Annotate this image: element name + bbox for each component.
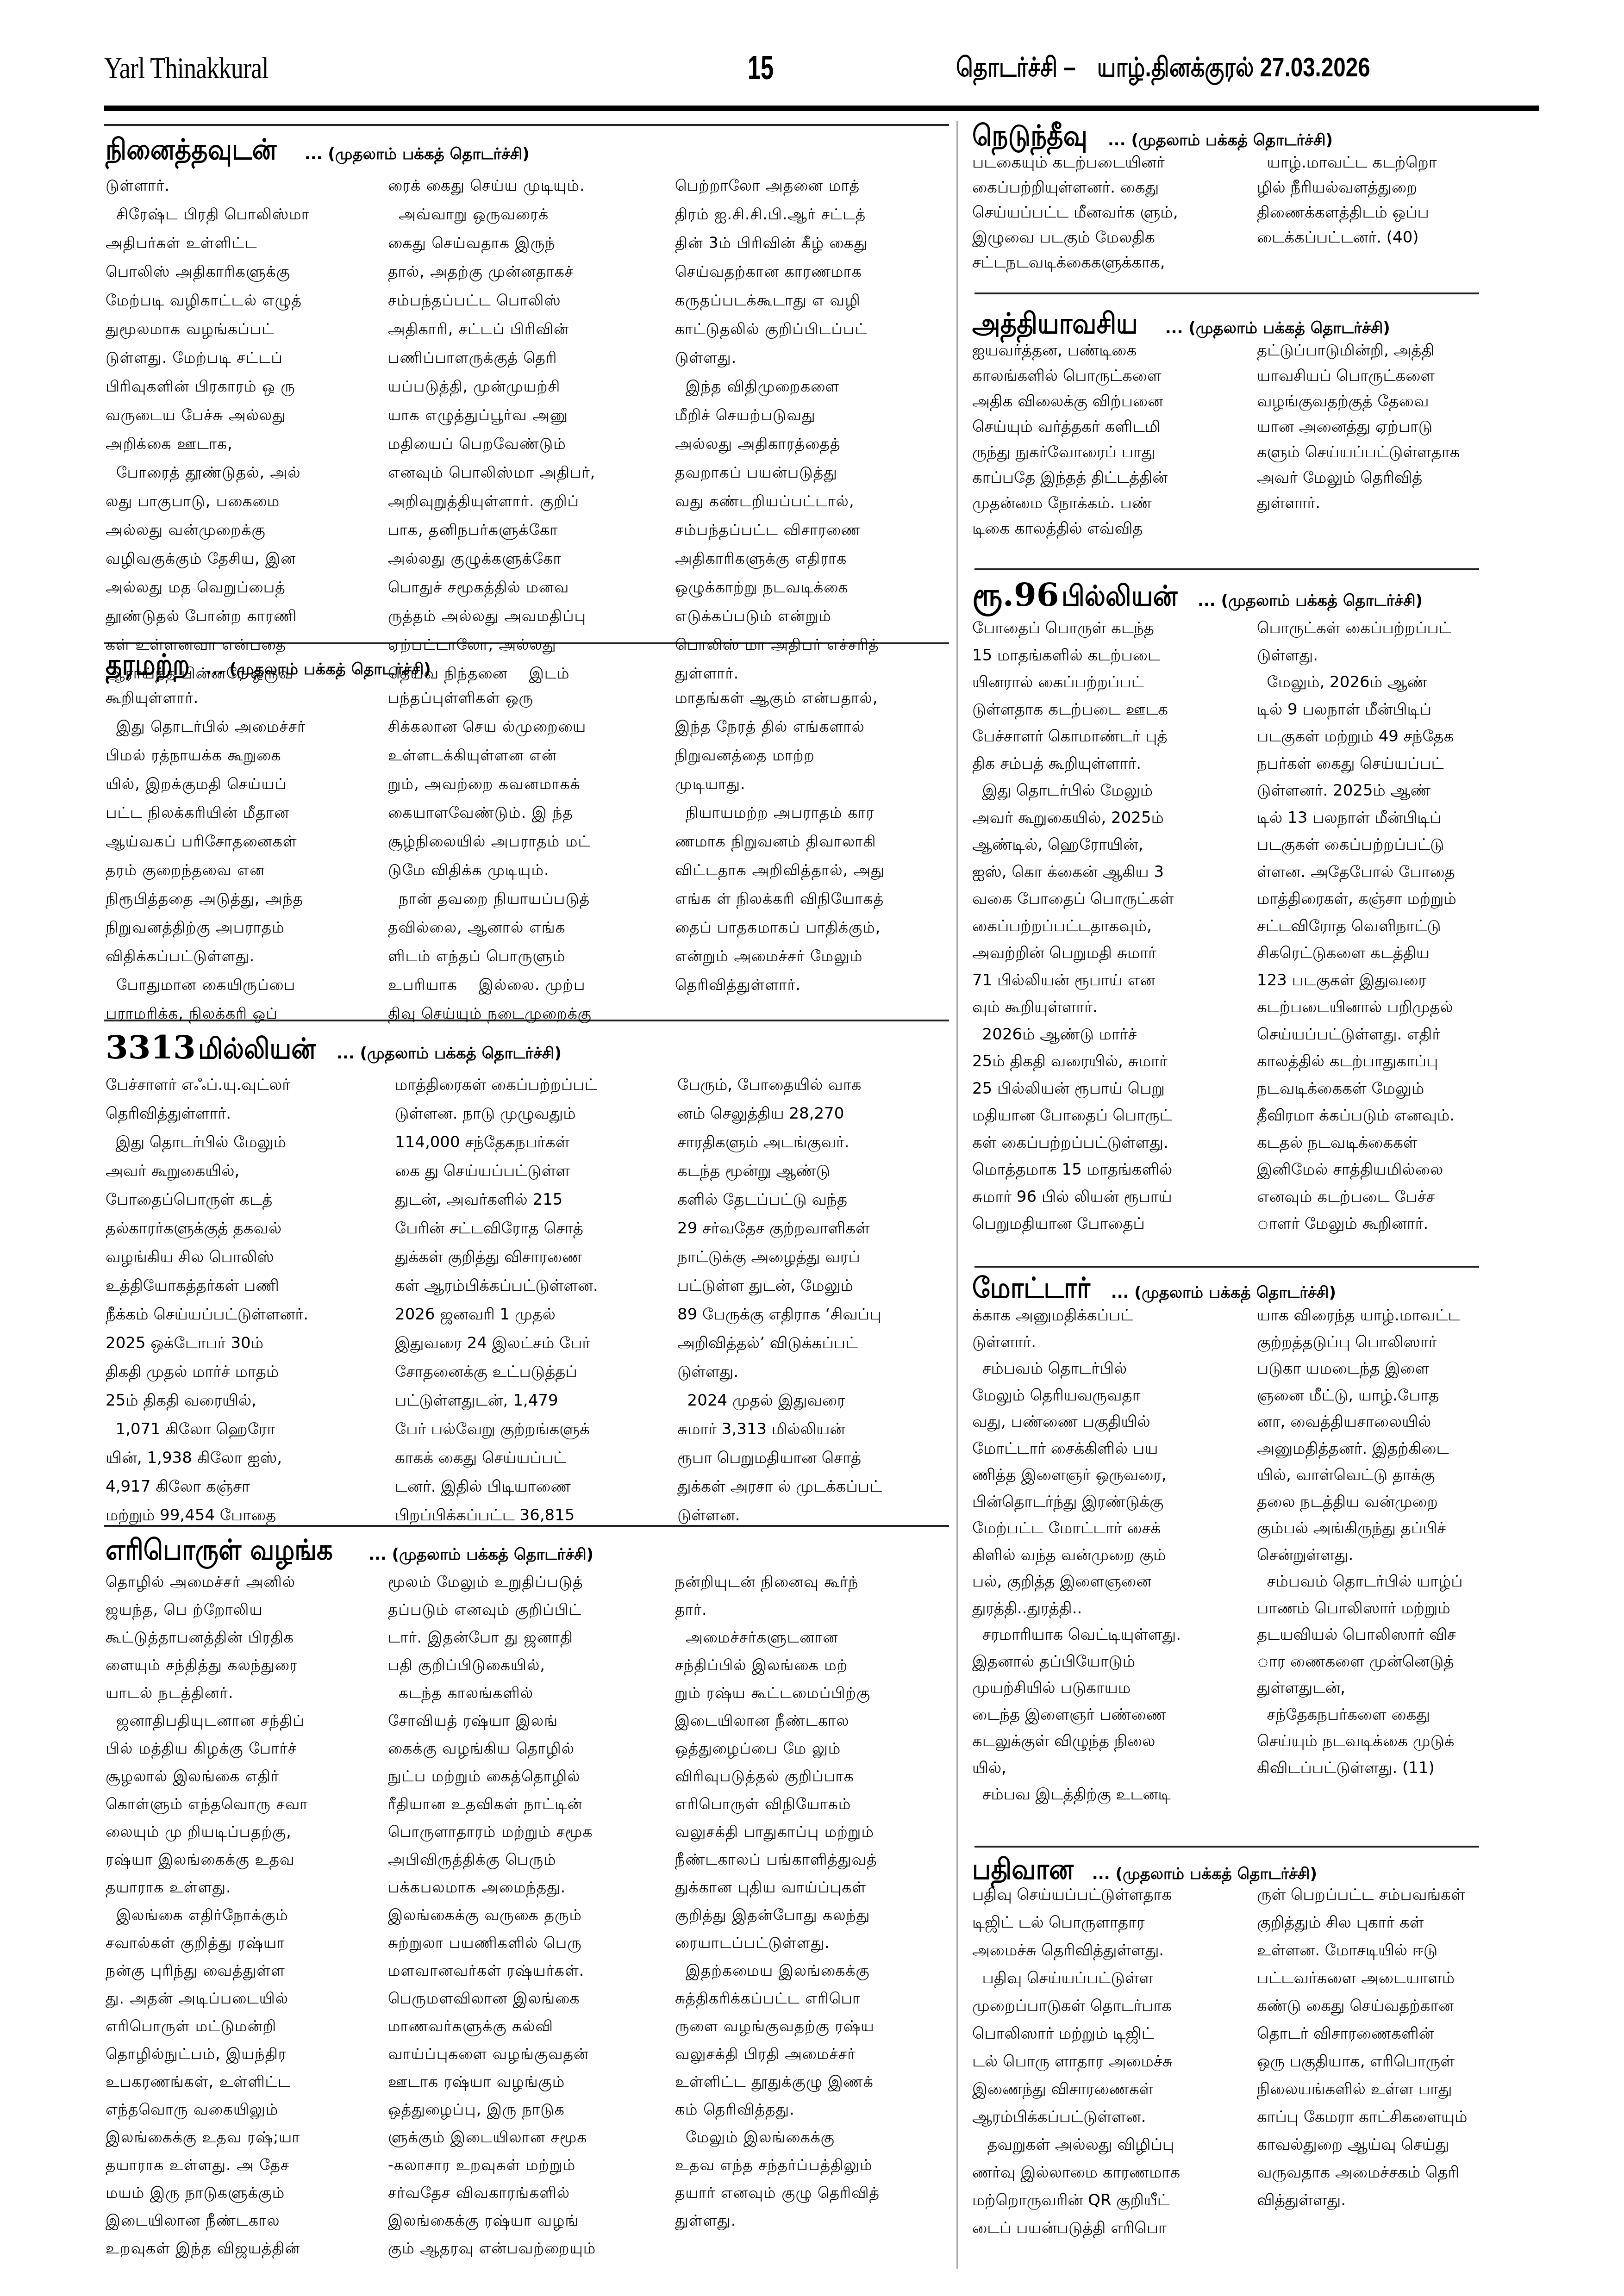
article-headline: மோட்டார்... (முதலாம் பக்கத் தொடர்ச்சி): [972, 1274, 1537, 1306]
text-line: அல்லது மத வெறுப்பைத்: [106, 573, 388, 602]
text-line: காப்பு கேமரா காட்சிகளையும்: [1257, 2103, 1535, 2131]
text-line: யாக எழுத்துப்பூர்வ அனு: [388, 401, 675, 429]
text-line: காவல்துறை ஆய்வு செய்து: [1257, 2131, 1535, 2159]
column: பேரும், போதையில் வாகனம் செலுத்திய 28,270…: [677, 1070, 955, 1530]
text-line: நிரூபித்ததை அடுத்து, அந்த: [106, 884, 388, 913]
text-line: உதவ எந்த சந்தர்ப்பத்திலும்: [675, 2151, 953, 2179]
text-line: பட்ட நிலக்கரியின் மீதான: [106, 798, 388, 827]
text-line: போதுமான கையிருப்பை: [106, 971, 388, 999]
text-line: நீக்கம் செய்யப்பட்டுள்ளனர்.: [106, 1300, 395, 1329]
text-line: ரஷ்யா இலங்கைக்கு உதவ: [106, 1846, 388, 1873]
text-line: மேலும் இலங்கைக்கு: [675, 2123, 953, 2151]
text-line: போதைப்பொருள் கடத்: [106, 1185, 395, 1214]
text-line: கொள்ளும் எந்தவொரு சவா: [106, 1790, 388, 1818]
text-line: அமைச்சர்களுடனான: [675, 1624, 953, 1651]
text-line: குறித்து இதன்போது கலந்து: [675, 1901, 953, 1929]
text-line: டுள்ளது. மேற்படி சட்டப்: [106, 343, 388, 372]
text-line: பணிப்பாளருக்குத் தெரி: [388, 343, 675, 372]
text-line: பேரும், போதையில் வாக: [677, 1070, 955, 1099]
text-line: வாய்ப்புகளை வழங்குவதன்: [388, 2040, 675, 2068]
text-line: தயாராக உள்ளது. அ தேச: [106, 2151, 388, 2179]
text-line: னா, வைத்தியசாலையில்: [1257, 1409, 1535, 1436]
text-line: தொழில் அமைச்சர் அனில்: [106, 1568, 388, 1596]
text-line: பட்டுள்ள துடன், மேலும்: [677, 1271, 955, 1300]
text-line: பதிவு செய்யப்பட்டுள்ள: [972, 1964, 1257, 1992]
text-line: மோட்டார் சைக்கிளில் பய: [972, 1436, 1257, 1462]
column: யாக விரைந்த யாழ்.மாவட்டகுற்றத்தடுப்பு பொ…: [1257, 1302, 1535, 1808]
column: க்காக அனுமதிக்கப்பட்டுள்ளார். சம்பவம் தொ…: [972, 1302, 1257, 1808]
text-line: டுள்ளன. நாடு முழுவதும்: [395, 1099, 677, 1128]
text-line: பதி குறிப்பிடுகையில்,: [388, 1651, 675, 1679]
text-line: பட்டுள்ளதுடன், 1,479: [395, 1386, 677, 1415]
text-line: 114,000 சந்தேகநபர்கள்: [395, 1128, 677, 1157]
text-line: சுற்றுலா பயணிகளில் பெரு: [388, 1929, 675, 1957]
text-line: ஜனாதிபதியுடனான சந்திப்: [106, 1707, 388, 1735]
text-line: தூண்டுதல் போன்ற காரணி: [106, 602, 388, 630]
article-headline: அத்தியாவசிய... (முதலாம் பக்கத் தொடர்ச்சி…: [972, 309, 1537, 342]
text-line: விரிவுபடுத்தல் குறிப்பாக: [675, 1762, 953, 1790]
text-line: ள்ளன. அதேபோல் போதை: [1257, 859, 1535, 886]
text-line: தெரிவித்துள்ளார்.: [675, 971, 953, 999]
text-line: யில், இறக்குமதி செய்யப்: [106, 770, 388, 798]
text-line: ஒரு பகுதியாக, எரிபொருள்: [1257, 2047, 1535, 2075]
text-line: இணைந்து விசாரணைகள்: [972, 2075, 1257, 2103]
article-ninaithavudan: நினைத்தவுடன்... (முதலாம் பக்கத் தொடர்ச்ச…: [106, 135, 948, 168]
text-line: டல் பொரு ளாதார அமைச்சு: [972, 2047, 1257, 2075]
text-line: தால், அதற்கு முன்னதாகச்: [388, 257, 675, 286]
text-line: வழிவகுக்கும் தேசிய, இன: [106, 544, 388, 573]
text-line: காலத்தில் கடற்பாதுகாப்பு: [1257, 1048, 1535, 1075]
column: பந்தப்புள்ளிகள் ஒருசிக்கலான செய ல்முறையை…: [388, 684, 675, 1028]
text-line: 2025 ஒக்டோபர் 30ம்: [106, 1329, 395, 1357]
text-line: தலை நடத்திய வன்முறை: [1257, 1489, 1535, 1516]
text-line: மேற்பட்ட மோட்டார் சைக்: [972, 1515, 1257, 1542]
column: யாழ்.மாவட்ட கடற்றொழில் நீரியல்வளத்துறைதி…: [1257, 150, 1535, 275]
text-line: டைப் பயன்படுத்தி எரிபொ: [972, 2214, 1257, 2242]
continuation-label: ... (முதலாம் பக்கத் தொடர்ச்சி): [1165, 320, 1390, 336]
text-line: லையும் மு றியடிப்பதற்கு,: [106, 1818, 388, 1846]
text-line: பேச்சாளர் எஃப்.யு.வுட்லர்: [106, 1070, 395, 1099]
text-line: கம் தெரிவித்தது.: [675, 2096, 953, 2123]
text-line: பராமரிக்க, நிலக்கரி ஒப்: [106, 999, 388, 1028]
text-line: துக்கான புதிய வாய்ப்புகள்: [675, 1873, 953, 1901]
text-line: ளிடம் எந்தப் பொருளும்: [388, 942, 675, 971]
text-line: ழில் நீரியல்வளத்துறை: [1257, 175, 1535, 200]
text-line: குறித்தும் சில புகார் கள்: [1257, 1909, 1535, 1936]
divider: [104, 124, 949, 126]
text-line: மதியைப் பெறவேண்டும்: [388, 429, 675, 458]
text-line: சம்பவ இடத்திற்கு உடனடி: [972, 1781, 1257, 1808]
headline-text: பில்லியன்: [1062, 582, 1177, 610]
text-line: உள்ளன. மோசடியில் ஈடு: [1257, 1936, 1535, 1964]
text-line: காகக் கைது செய்யப்பட்: [395, 1444, 677, 1472]
text-line: 25ம் திகதி வரையில்,: [106, 1386, 395, 1415]
text-line: நன்றியுடன் நினைவு கூர்ந்: [675, 1568, 953, 1596]
text-line: பெருமளவிலான இலங்கை: [388, 1985, 675, 2012]
column: தட்டுப்பாடுமின்றி, அத்தியாவசியப் பொருட்க…: [1257, 338, 1535, 541]
text-line: டுள்ளது.: [675, 343, 953, 372]
text-line: எடுக்கப்படும் என்றும்: [675, 602, 953, 630]
article-headline: நெடுந்தீவு... (முதலாம் பக்கத் தொடர்ச்சி): [972, 121, 1537, 154]
text-line: செய்யப்பட்ட மீனவர்க ளும்,: [972, 200, 1257, 225]
text-line: மேலும் தெரியவருவதா: [972, 1382, 1257, 1409]
article-columns: ஐயவர்த்தன, பண்டிகைகாலங்களில் பொருட்களைஅத…: [972, 338, 1535, 541]
text-line: இடையிலான நீண்டகால: [675, 1707, 953, 1735]
text-line: பொதுச் சமூகத்தில் மனவ: [388, 573, 675, 602]
text-line: கடற்படையினால் பறிமுதல்: [1257, 994, 1535, 1021]
article-columns: க்காக அனுமதிக்கப்பட்டுள்ளார். சம்பவம் தொ…: [972, 1302, 1535, 1808]
text-line: பிறப்பிக்கப்பட்ட 36,815: [395, 1501, 677, 1530]
text-line: மேலும், 2026ம் ஆண்: [1257, 669, 1535, 696]
text-line: மதியான போதைப் பொருட்: [972, 1102, 1257, 1129]
text-line: வும் கூறியுள்ளார்.: [972, 994, 1257, 1021]
text-line: னம் செலுத்திய 28,270: [677, 1099, 955, 1128]
text-line: டார். இதன்போ து ஜனாதி: [388, 1624, 675, 1651]
text-line: மாத்திரைகள் கைப்பற்றப்பட்: [395, 1070, 677, 1099]
text-line: கைக்கு வழங்கிய தொழில்: [388, 1735, 675, 1762]
text-line: பாக, தனிநபர்களுக்கோ: [388, 516, 675, 544]
column: படகையும் கடற்படையினர்கைப்பற்றியுள்ளனர். …: [972, 150, 1257, 275]
text-line: ளுக்கும் இடையிலான சமூக: [388, 2123, 675, 2151]
text-line: றும், அவற்றை கவனமாகக்: [388, 770, 675, 798]
text-line: ார ணைகளை முன்னெடுத்: [1257, 1649, 1535, 1675]
text-line: அவற்றின் பெறுமதி சுமார்: [972, 940, 1257, 967]
text-line: இது தொடர்பில் மேலும்: [972, 777, 1257, 804]
article-pathivana: பதிவான... (முதலாம் பக்கத் தொடர்ச்சி) பதி…: [972, 1855, 1537, 1887]
text-line: பொருட்கள் கைப்பற்றப்பட்: [1257, 615, 1535, 642]
column: பெற்றாலோ அதனை மாத்திரம் ஐ.சி.சி.பி.ஆர் ச…: [675, 171, 953, 688]
text-line: இலங்கைக்கு ரஷ்யா வழங்: [388, 2207, 675, 2234]
text-line: பேர் பல்வேறு குற்றங்களுக்: [395, 1415, 677, 1444]
continuation-label: ... (முதலாம் பக்கத் தொடர்ச்சி): [206, 661, 431, 677]
text-line: க்காக அனுமதிக்கப்பட்: [972, 1302, 1257, 1329]
continuation-label: ... (முதலாம் பக்கத் தொடர்ச்சி): [337, 1045, 562, 1061]
text-line: நிலையங்களில் உள்ள பாது: [1257, 2075, 1535, 2103]
text-line: ஞனை மீட்டு, யாழ்.போத: [1257, 1382, 1535, 1409]
text-line: துள்ளார்.: [1257, 491, 1535, 516]
text-line: கள் ஆரம்பிக்கப்பட்டுள்ளன.: [395, 1271, 677, 1300]
text-line: அறிவுறுத்தியுள்ளார். குறிப்: [388, 487, 675, 516]
text-line: துமூலமாக வழங்கப்பட்: [106, 315, 388, 343]
text-line: துக்கள் குறித்து விசாரணை: [395, 1243, 677, 1271]
text-line: செய்யும் நடவடிக்கை முடுக்: [1257, 1728, 1535, 1755]
text-line: ருள் பெறப்பட்ட சம்பவங்கள்: [1257, 1881, 1535, 1909]
text-line: படகுகள் கைப்பற்றப்பட்டு: [1257, 831, 1535, 859]
text-line: ஒத்துழைப்பை மே லும்: [675, 1735, 953, 1762]
text-line: துள்ளது.: [675, 2207, 953, 2234]
text-line: துரத்தி..துரத்தி..: [972, 1595, 1257, 1622]
text-line: கருதப்படக்கூடாது எ வழி: [675, 286, 953, 315]
text-line: உத்தியோகத்தர்கள் பணி: [106, 1271, 395, 1300]
column: ஐயவர்த்தன, பண்டிகைகாலங்களில் பொருட்களைஅத…: [972, 338, 1257, 541]
text-line: வது கண்டறியப்பட்டால்,: [675, 487, 953, 516]
divider: [974, 1266, 1479, 1268]
text-line: சம்பந்தப்பட்ட விசாரணை: [675, 516, 953, 544]
text-line: மொத்தமாக 15 மாதங்களில்: [972, 1156, 1257, 1183]
text-line: கள் கைப்பற்றப்பட்டுள்ளது.: [972, 1129, 1257, 1157]
text-line: டில் 9 பலநாள் மீன்பிடிப்: [1257, 696, 1535, 723]
text-line: தின் 3ம் பிரிவின் கீழ் கைது: [675, 229, 953, 257]
text-line: ருத்தம் அல்லது அவமதிப்பு: [388, 602, 675, 630]
text-line: யின், 1,938 கிலோ ஐஸ்,: [106, 1444, 395, 1472]
text-line: இது தொடர்பில் அமைச்சர்: [106, 712, 388, 741]
text-line: அவர் கூறுகையில்,: [106, 1157, 395, 1185]
text-line: ருந்து நுகர்வோரைப் பாது: [972, 440, 1257, 465]
headline-text: அத்தியாவசிய: [972, 309, 1138, 338]
text-line: 2026ம் ஆண்டு மார்ச்: [972, 1021, 1257, 1048]
text-line: நாட்டுக்கு அழைத்து வரப்: [677, 1243, 955, 1271]
continuation-label: ... (முதலாம் பக்கத் தொடர்ச்சி): [305, 146, 530, 162]
text-line: டுள்ளார்.: [972, 1329, 1257, 1356]
continuation-label: ... (முதலாம் பக்கத் தொடர்ச்சி): [1108, 132, 1333, 148]
headline-text: நினைத்தவுடன்: [106, 135, 276, 164]
text-line: இலங்கைக்கு உதவ ரஷ்;யா: [106, 2123, 388, 2151]
text-line: விட்டதாக அறிவித்தால், அது: [675, 856, 953, 884]
text-line: பொலிஸ் அதிகாரிகளுக்கு: [106, 257, 388, 286]
text-line: ஆண்டில், ஹெரோயின்,: [972, 831, 1257, 859]
text-line: தரம் குறைந்தவை என: [106, 856, 388, 884]
text-line: சாரதிகளும் அடங்குவர்.: [677, 1128, 955, 1157]
column: மாத்திரைகள் கைப்பற்றப்பட்டுள்ளன. நாடு மு…: [395, 1070, 677, 1530]
text-line: அதிக விலைக்கு விற்பனை: [972, 389, 1257, 414]
text-line: பெறுமதியான போதைப்: [972, 1210, 1257, 1238]
text-line: போரைத் தூண்டுதல், அல்: [106, 458, 388, 487]
column: நன்றியுடன் நினைவு கூர்ந்தார். அமைச்சர்கள…: [675, 1568, 953, 2262]
text-line: செய்யும் வர்த்தகர் களிடமி: [972, 414, 1257, 440]
text-line: இது தொடர்பில் மேலும்: [106, 1128, 395, 1157]
text-line: திரம் ஐ.சி.சி.பி.ஆர் சட்டத்: [675, 200, 953, 229]
text-line: து. அதன் அடிப்படையில்: [106, 1985, 388, 2012]
text-line: நன்கு புரிந்து வைத்துள்ள: [106, 1957, 388, 1985]
text-line: யினரால் கைப்பற்றப்பட்: [972, 669, 1257, 696]
text-line: இந்த விதிமுறைகளை: [675, 372, 953, 401]
text-line: தார்.: [675, 1596, 953, 1624]
text-line: ணர்வு இல்லாமை காரணமாக: [972, 2159, 1257, 2186]
text-line: தெரிவித்துள்ளார்.: [106, 1099, 395, 1128]
text-line: தயார் எனவும் குழு தெரிவித்: [675, 2179, 953, 2207]
text-line: தயாராக உள்ளது.: [106, 1873, 388, 1901]
text-line: மளவானவர்கள் ரஷ்யர்கள்.: [388, 1957, 675, 1985]
text-line: அதிகாரி, சட்டப் பிரிவின்: [388, 315, 675, 343]
text-line: வருவதாக அமைச்சகம் தெரி: [1257, 2159, 1535, 2186]
text-line: 123 படகுகள் இதுவரை: [1257, 967, 1535, 994]
text-line: டிஜிட் டல் பொருளாதார: [972, 1909, 1257, 1936]
text-line: சிரேஷ்ட பிரதி பொலிஸ்மா: [106, 200, 388, 229]
column: பேச்சாளர் எஃப்.யு.வுட்லர்தெரிவித்துள்ளார…: [106, 1070, 395, 1530]
text-line: அல்லது வன்முறைக்கு: [106, 516, 388, 544]
text-line: ணித்த இளைஞர் ஒருவரை,: [972, 1462, 1257, 1489]
text-line: மாதங்கள் ஆகும் என்பதால்,: [675, 684, 953, 712]
article-headline: 3313 மில்லியன்... (முதலாம் பக்கத் தொடர்ச…: [106, 1031, 948, 1064]
text-line: தட்டுப்பாடுமின்றி, அத்தி: [1257, 338, 1535, 363]
text-line: ஐயவர்த்தன, பண்டிகை: [972, 338, 1257, 363]
text-line: சென்றுள்ளது.: [1257, 1542, 1535, 1569]
text-line: காட்டுதலில் குறிப்பிடப்பட்: [675, 315, 953, 343]
text-line: சுமார் 96 பில் லியன் ரூபாய்: [972, 1183, 1257, 1211]
text-line: துடன், அவர்களில் 215: [395, 1185, 677, 1214]
text-line: தப்படும் எனவும் குறிப்பிட்: [388, 1596, 675, 1624]
text-line: இலங்கை எதிர்நோக்கும்: [106, 1901, 388, 1929]
article-columns: போதைப் பொருள் கடந்த15 மாதங்களில் கடற்படை…: [972, 615, 1535, 1238]
article-columns: படகையும் கடற்படையினர்கைப்பற்றியுள்ளனர். …: [972, 150, 1535, 275]
text-line: டுள்ளன.: [677, 1501, 955, 1530]
text-line: களில் தேடப்பட்டு வந்த: [677, 1185, 955, 1214]
text-line: சுமார் 3,313 மில்லியன்: [677, 1415, 955, 1444]
text-line: முடியாது.: [675, 770, 953, 798]
text-line: சோதனைக்கு உட்படுத்தப்: [395, 1357, 677, 1386]
text-line: யாவசியப் பொருட்களை: [1257, 363, 1535, 389]
text-line: திவு செய்யும் நடைமுறைக்கு: [388, 999, 675, 1028]
text-line: நிறுவனத்தை மாற்ற: [675, 741, 953, 770]
text-line: டுள்ளார்.: [106, 171, 388, 200]
continuation-label: ... (முதலாம் பக்கத் தொடர்ச்சி): [1198, 593, 1423, 609]
column: ருள் பெறப்பட்ட சம்பவங்கள்குறித்தும் சில …: [1257, 1881, 1535, 2242]
article-athiyavasiya: அத்தியாவசிய... (முதலாம் பக்கத் தொடர்ச்சி…: [972, 309, 1537, 342]
paper-tamil-and-date: யாழ்.தினக்குரல் 27.03.2026: [1097, 52, 1370, 82]
text-line: கடந்த மூன்று ஆண்டு: [677, 1157, 955, 1185]
article-3313-million: 3313 மில்லியன்... (முதலாம் பக்கத் தொடர்ச…: [106, 1031, 948, 1064]
text-line: உறவுகள் இந்த விஜயத்தின்: [106, 2234, 388, 2262]
headline-number: 3313: [106, 1028, 196, 1066]
text-line: மேற்படி வழிகாட்டல் எழுத்: [106, 286, 388, 315]
text-line: எரிபொருள் விநியோகம்: [675, 1790, 953, 1818]
text-line: ஊடாக ரஷ்யா வழங்கும்: [388, 2068, 675, 2096]
article-columns: டுள்ளார். சிரேஷ்ட பிரதி பொலிஸ்மாஅதிபர்கள…: [106, 171, 953, 688]
text-line: திகதி முதல் மார்ச் மாதம்: [106, 1357, 395, 1386]
text-line: சந்தேகநபர்களை கைது: [1257, 1702, 1535, 1729]
text-line: உபரியாக இல்லை. முற்ப: [388, 971, 675, 999]
article-ru96-billion: ரூ.96 பில்லியன்... (முதலாம் பக்கத் தொடர்…: [972, 579, 1537, 611]
text-line: திக சம்பத் கூறியுள்ளார்.: [972, 750, 1257, 778]
text-line: சம்பவம் தொடர்பில்: [972, 1356, 1257, 1382]
text-line: தடயவியல் பொலிஸார் விச: [1257, 1622, 1535, 1649]
text-line: அமைச்சு தெரிவித்துள்ளது.: [972, 1936, 1257, 1964]
text-line: லது பாகுபாடு, பகைமை: [106, 487, 388, 516]
text-line: காப்பதே இந்தத் திட்டத்தின்: [972, 465, 1257, 491]
headline-text: நெடுந்தீவு: [972, 121, 1087, 150]
masthead: Yarl Thinakkural 15 தொடர்ச்சி –யாழ்.தினக…: [104, 51, 1539, 93]
text-line: டுள்ளனர். 2025ம் ஆண்: [1257, 777, 1535, 804]
text-line: ஆய்வகப் பரிசோதனைகள்: [106, 827, 388, 856]
text-line: படுகா யமடைந்த இளை: [1257, 1356, 1535, 1382]
text-line: நிறுவனத்திற்கு அபராதம்: [106, 913, 388, 942]
text-line: டிகை காலத்தில் எவ்வித: [972, 516, 1257, 541]
text-line: 25ம் திகதி வரையில், சுமார்: [972, 1048, 1257, 1075]
text-line: கைது செய்வதாக இருந்: [388, 229, 675, 257]
text-line: சர்வதேச விவகாரங்களில்: [388, 2179, 675, 2207]
text-line: கடதல் நடவடிக்கைகள்: [1257, 1129, 1535, 1157]
text-line: தல்காரர்களுக்குத் தகவல்: [106, 1214, 395, 1243]
text-line: பக்கபலமாக அமைந்தது.: [388, 1873, 675, 1901]
text-line: சோவியத் ரஷ்யா இலங்: [388, 1707, 675, 1735]
text-line: இடையிலான நீண்டகால: [106, 2207, 388, 2234]
headline-text: எரிபொருள் வழங்க: [106, 1536, 333, 1564]
text-line: வருடைய பேச்சு அல்லது: [106, 401, 388, 429]
text-line: டில் 13 பலநாள் மீன்பிடிப்: [1257, 804, 1535, 832]
text-line: துள்ளதுடன்,: [1257, 1675, 1535, 1702]
text-line: பின்தொடர்ந்து இரண்டுக்கு: [972, 1489, 1257, 1516]
text-line: துக்கள் அரசா ல் முடக்கப்பட்: [677, 1472, 955, 1501]
text-line: பொருளாதாரம் மற்றும் சமூக: [388, 1818, 675, 1846]
text-line: தைப் பாதகமாகப் பாதிக்கும்,: [675, 913, 953, 942]
article-columns: பதிவு செய்யப்பட்டுள்ளதாகடிஜிட் டல் பொருள…: [972, 1881, 1535, 2242]
text-line: பதிவு செய்யப்பட்டுள்ளதாக: [972, 1881, 1257, 1909]
text-line: திணைக்களத்திடம் ஒப்ப: [1257, 200, 1535, 225]
zone-divider: [956, 121, 958, 2269]
text-line: யான அனைத்து ஏற்பாடு: [1257, 414, 1535, 440]
text-line: மற்றும் 99,454 போதை: [106, 1501, 395, 1530]
text-line: கிளில் வந்த வன்முறை கும்: [972, 1542, 1257, 1569]
text-line: அதிபர்கள் உள்ளிட்ட: [106, 229, 388, 257]
continuation-label: ... (முதலாம் பக்கத் தொடர்ச்சி): [1111, 1285, 1336, 1300]
masthead-rule: [104, 106, 1539, 111]
text-line: களும் செய்யப்பட்டுள்ளதாக: [1257, 440, 1535, 465]
text-line: 89 பேருக்கு எதிராக ‘சிவப்பு: [677, 1300, 955, 1329]
text-line: சட்டவிரோத வெளிநாட்டு: [1257, 913, 1535, 940]
text-line: கிவிடப்பட்டுள்ளது. (11): [1257, 1755, 1535, 1782]
text-line: படகையும் கடற்படையினர்: [972, 150, 1257, 175]
text-line: றும் ரஷ்ய கூட்டமைப்பிற்கு: [675, 1679, 953, 1707]
text-line: வழங்கிய சில பொலிஸ்: [106, 1243, 395, 1271]
text-line: சவால்கள் குறித்து ரஷ்யா: [106, 1929, 388, 1957]
text-line: யாக விரைந்த யாழ்.மாவட்ட: [1257, 1302, 1535, 1329]
text-line: 1,071 கிலோ ஹெரோ: [106, 1415, 395, 1444]
text-line: நுட்ப மற்றும் கைத்தொழில்: [388, 1762, 675, 1790]
text-line: ரூபா பெறுமதியான சொத்: [677, 1444, 955, 1472]
text-line: டுமே விதிக்க முடியும்.: [388, 856, 675, 884]
divider: [974, 1846, 1479, 1848]
continuation-label: ... (முதலாம் பக்கத் தொடர்ச்சி): [1092, 1866, 1317, 1882]
text-line: 25 பில்லியன் ரூபாய் பெறு: [972, 1075, 1257, 1102]
text-line: படகுகள் மற்றும் 49 சந்தேக: [1257, 723, 1535, 750]
text-line: பிரிவுகளின் பிரகாரம் ஒ ரு: [106, 372, 388, 401]
text-line: கை து செய்யப்பட்டுள்ள: [395, 1157, 677, 1185]
text-line: பல், குறித்த இளைஞனை: [972, 1568, 1257, 1595]
text-line: ஒழுக்காற்று நடவடிக்கை: [675, 573, 953, 602]
text-line: உள்ளடக்கியுள்ளன என்: [388, 741, 675, 770]
text-line: சிக்கலான செய ல்முறையை: [388, 712, 675, 741]
text-line: கூட்டுத்தாபனத்தின் பிரதிக: [106, 1624, 388, 1651]
text-line: அனுமதித்தனர். இதற்கிடை: [1257, 1436, 1535, 1462]
text-line: முதன்மை நோக்கம். பண்: [972, 491, 1257, 516]
text-line: முறைப்பாடுகள் தொடர்பாக: [972, 1992, 1257, 2020]
article-columns: தொழில் அமைச்சர் அனில்ஜயந்த, பெ ற்றோலியகூ…: [106, 1568, 953, 2262]
text-line: தொடர் விசாரணைகளின்: [1257, 2020, 1535, 2047]
text-line: எரிபொருள் மட்டுமன்றி: [106, 2012, 388, 2040]
text-line: போதைப் பொருள் கடந்த: [972, 615, 1257, 642]
text-line: யாழ்.மாவட்ட கடற்றொ: [1257, 150, 1535, 175]
text-line: அவர் கூறுகையில், 2025ம்: [972, 804, 1257, 832]
text-line: அல்லது அதிகாரத்தைத்: [675, 429, 953, 458]
text-line: கைப்பற்றப்பட்டதாகவும்,: [972, 913, 1257, 940]
text-line: ரைக் கைது செய்ய முடியும்.: [388, 171, 675, 200]
text-line: கடலுக்குள் விழுந்த நிலை: [972, 1728, 1257, 1755]
column: மாதங்கள் ஆகும் என்பதால்,இந்த நேரத் தில் …: [675, 684, 953, 1028]
text-line: இந்த நேரத் தில் எங்களால்: [675, 712, 953, 741]
headline-text: தரமற்ற: [106, 650, 190, 679]
text-line: அல்லது குழுக்களுக்கோ: [388, 544, 675, 573]
text-line: சுத்திகரிக்கப்பட்ட எரிபொ: [675, 1985, 953, 2012]
text-line: அவர் மேலும் தெரிவித்: [1257, 465, 1535, 491]
text-line: குற்றத்தடுப்பு பொலிஸார்: [1257, 1329, 1535, 1356]
text-line: 2024 முதல் இதுவரை: [677, 1386, 955, 1415]
text-line: இலங்கைக்கு வருகை தரும்: [388, 1901, 675, 1929]
text-line: நான் தவறை நியாயப்படுத்: [388, 884, 675, 913]
column: ரைக் கைது செய்ய முடியும். அவ்வாறு ஒருவரை…: [388, 171, 675, 688]
text-line: ஒத்துழைப்பு, இரு நாடுக: [388, 2096, 675, 2123]
text-line: அதிகாரிகளுக்கு எதிராக: [675, 544, 953, 573]
article-motor: மோட்டார்... (முதலாம் பக்கத் தொடர்ச்சி) க…: [972, 1274, 1537, 1306]
